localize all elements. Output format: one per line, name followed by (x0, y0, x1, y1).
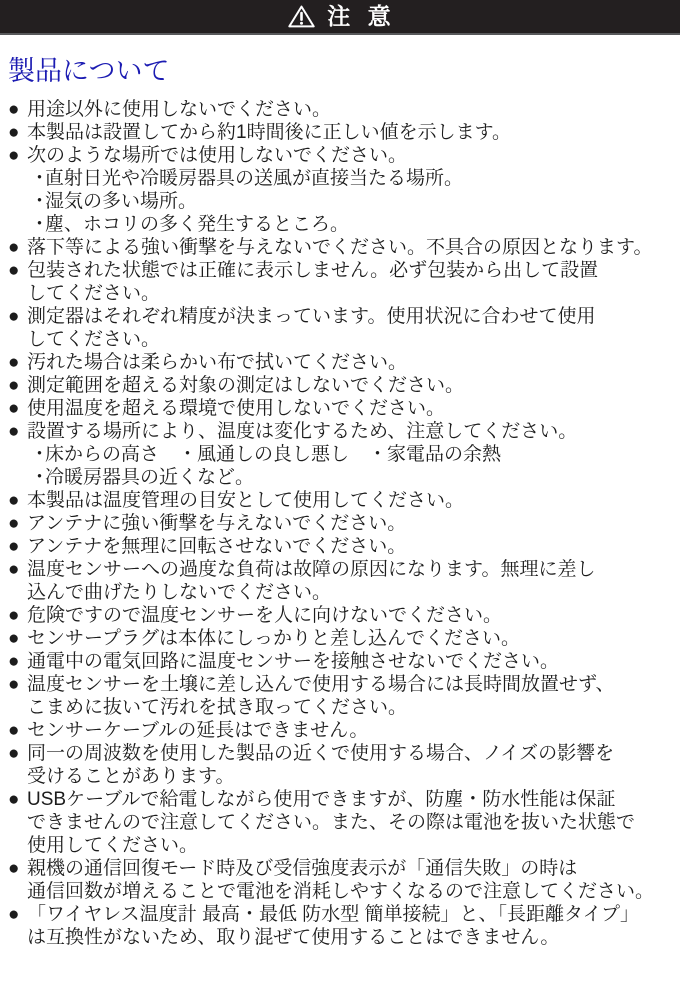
item-text: 用途以外に使用しないでください。 (27, 99, 331, 120)
item-text: 床からの高さ ・風通しの良し悪し ・家電品の余熱 (45, 444, 501, 465)
bullet-marker: ● (8, 305, 27, 328)
bullet-marker: ● (8, 98, 27, 121)
page: 注 意 製品について ●用途以外に使用しないでください。●本製品は設置してから約… (0, 0, 680, 981)
bullet-marker: ● (8, 742, 27, 765)
item-text: センサーケーブルの延長はできません。 (27, 720, 368, 741)
bullet-marker: ● (8, 121, 27, 144)
list-item: ●汚れた場合は柔らかい布で拭いてください。 (8, 351, 678, 374)
list-item: ●アンテナを無理に回転させないでください。 (8, 535, 678, 558)
list-item: ●センサープラグは本体にしっかりと差し込んでください。 (8, 627, 678, 650)
item-text: 直射日光や冷暖房器具の送風が直接当たる場所。 (45, 168, 463, 189)
dot-marker: ・ (30, 443, 45, 466)
list-item: ●落下等による強い衝撃を与えないでください。不具合の原因となります。 (8, 236, 678, 259)
list-item: ●「ワイヤレス温度計 最高・最低 防水型 簡単接続」と、「長距離タイプ」 は互換… (8, 903, 678, 949)
list-item: ●使用温度を超える環境で使用しないでください。 (8, 397, 678, 420)
item-text: USBケーブルで給電しながら使用できますが、防塵・防水性能は保証 できませんので… (27, 789, 635, 856)
sub-list-item: ・直射日光や冷暖房器具の送風が直接当たる場所。 (30, 167, 678, 190)
item-text: 設置する場所により、温度は変化するため、注意してください。 (27, 421, 577, 442)
item-text: アンテナに強い衝撃を与えないでください。 (27, 513, 406, 534)
item-text: 湿気の多い場所。 (45, 191, 197, 212)
item-text: 本製品は温度管理の目安として使用してください。 (27, 490, 464, 511)
bullet-marker: ● (8, 374, 27, 397)
list-item: ●測定器はそれぞれ精度が決まっています。使用状況に合わせて使用 してください。 (8, 305, 678, 351)
list-item: ●設置する場所により、温度は変化するため、注意してください。 (8, 420, 678, 443)
list-item: ●危険ですので温度センサーを人に向けないでください。 (8, 604, 678, 627)
bullet-marker: ● (8, 673, 27, 696)
list-item: ●温度センサーへの過度な負荷は故障の原因になります。無理に差し 込んで曲げたりし… (8, 558, 678, 604)
sub-list-item: ・床からの高さ ・風通しの良し悪し ・家電品の余熱 (30, 443, 678, 466)
bullet-marker: ● (8, 604, 27, 627)
list-item: ●本製品は設置してから約1時間後に正しい値を示します。 (8, 121, 678, 144)
bullet-marker: ● (8, 259, 27, 282)
caution-header: 注 意 (0, 0, 680, 35)
bullet-marker: ● (8, 535, 27, 558)
dot-marker: ・ (30, 167, 45, 190)
item-text: 温度センサーへの過度な負荷は故障の原因になります。無理に差し 込んで曲げたりしな… (27, 559, 595, 603)
bullet-marker: ● (8, 512, 27, 535)
list-item: ●用途以外に使用しないでください。 (8, 98, 678, 121)
item-text: 「ワイヤレス温度計 最高・最低 防水型 簡単接続」と、「長距離タイプ」 は互換性… (27, 904, 639, 948)
list-item: ●同一の周波数を使用した製品の近くで使用する場合、ノイズの影響を 受けることがあ… (8, 742, 678, 788)
bullet-marker: ● (8, 788, 27, 811)
sub-list-item: ・塵、ホコリの多く発生するところ。 (30, 213, 678, 236)
list-item: ●包装された状態では正確に表示しません。必ず包装から出して設置 してください。 (8, 259, 678, 305)
item-text: 親機の通信回復モード時及び受信強度表示が「通信失敗」の時は 通信回数が増えること… (27, 858, 654, 902)
list-item: ●USBケーブルで給電しながら使用できますが、防塵・防水性能は保証 できませんの… (8, 788, 678, 857)
bullet-marker: ● (8, 351, 27, 374)
bullet-marker: ● (8, 627, 27, 650)
bullet-marker: ● (8, 903, 27, 926)
bullet-marker: ● (8, 420, 27, 443)
sub-list-item: ・湿気の多い場所。 (30, 190, 678, 213)
list-item: ●親機の通信回復モード時及び受信強度表示が「通信失敗」の時は 通信回数が増えるこ… (8, 857, 678, 903)
section-title: 製品について (8, 55, 680, 87)
list-item: ●次のような場所では使用しないでください。 (8, 144, 678, 167)
item-text: 汚れた場合は柔らかい布で拭いてください。 (27, 352, 407, 373)
list-item: ●通電中の電気回路に温度センサーを接触させないでください。 (8, 650, 678, 673)
item-text: 同一の周波数を使用した製品の近くで使用する場合、ノイズの影響を 受けることがあり… (27, 743, 614, 787)
item-text: 使用温度を超える環境で使用しないでください。 (27, 398, 445, 419)
sub-list-item: ・冷暖房器具の近くなど。 (30, 466, 678, 489)
list-item: ●センサーケーブルの延長はできません。 (8, 719, 678, 742)
list-item: ●測定範囲を超える対象の測定はしないでください。 (8, 374, 678, 397)
item-text: 測定範囲を超える対象の測定はしないでください。 (27, 375, 464, 396)
item-text: 塵、ホコリの多く発生するところ。 (45, 214, 349, 235)
bullet-marker: ● (8, 489, 27, 512)
warning-triangle-icon (288, 5, 315, 28)
bullet-marker: ● (8, 558, 27, 581)
bullet-marker: ● (8, 719, 27, 742)
item-text: 本製品は設置してから約1時間後に正しい値を示します。 (27, 122, 511, 143)
item-text: 通電中の電気回路に温度センサーを接触させないでください。 (27, 651, 559, 672)
item-text: アンテナを無理に回転させないでください。 (27, 536, 406, 557)
list-item: ●アンテナに強い衝撃を与えないでください。 (8, 512, 678, 535)
bullet-marker: ● (8, 397, 27, 420)
dot-marker: ・ (30, 190, 45, 213)
item-text: 冷暖房器具の近くなど。 (45, 467, 254, 488)
list-item: ●本製品は温度管理の目安として使用してください。 (8, 489, 678, 512)
list-item: ●温度センサーを土壌に差し込んで使用する場合には長時間放置せず、 こまめに抜いて… (8, 673, 678, 719)
dot-marker: ・ (30, 466, 45, 489)
item-text: 落下等による強い衝撃を与えないでください。不具合の原因となります。 (27, 237, 652, 258)
item-text: 危険ですので温度センサーを人に向けないでください。 (27, 605, 502, 626)
bullet-marker: ● (8, 857, 27, 880)
item-text: 温度センサーを土壌に差し込んで使用する場合には長時間放置せず、 こまめに抜いて汚… (27, 674, 614, 718)
bullet-marker: ● (8, 650, 27, 673)
dot-marker: ・ (30, 213, 45, 236)
bullet-marker: ● (8, 236, 27, 259)
bullet-marker: ● (8, 144, 27, 167)
item-text: 次のような場所では使用しないでください。 (27, 145, 407, 166)
item-text: センサープラグは本体にしっかりと差し込んでください。 (27, 628, 520, 649)
notes-list: ●用途以外に使用しないでください。●本製品は設置してから約1時間後に正しい値を示… (8, 98, 678, 949)
caution-title: 注 意 (327, 5, 391, 28)
item-text: 包装された状態では正確に表示しません。必ず包装から出して設置 してください。 (27, 260, 598, 304)
item-text: 測定器はそれぞれ精度が決まっています。使用状況に合わせて使用 してください。 (27, 306, 595, 350)
